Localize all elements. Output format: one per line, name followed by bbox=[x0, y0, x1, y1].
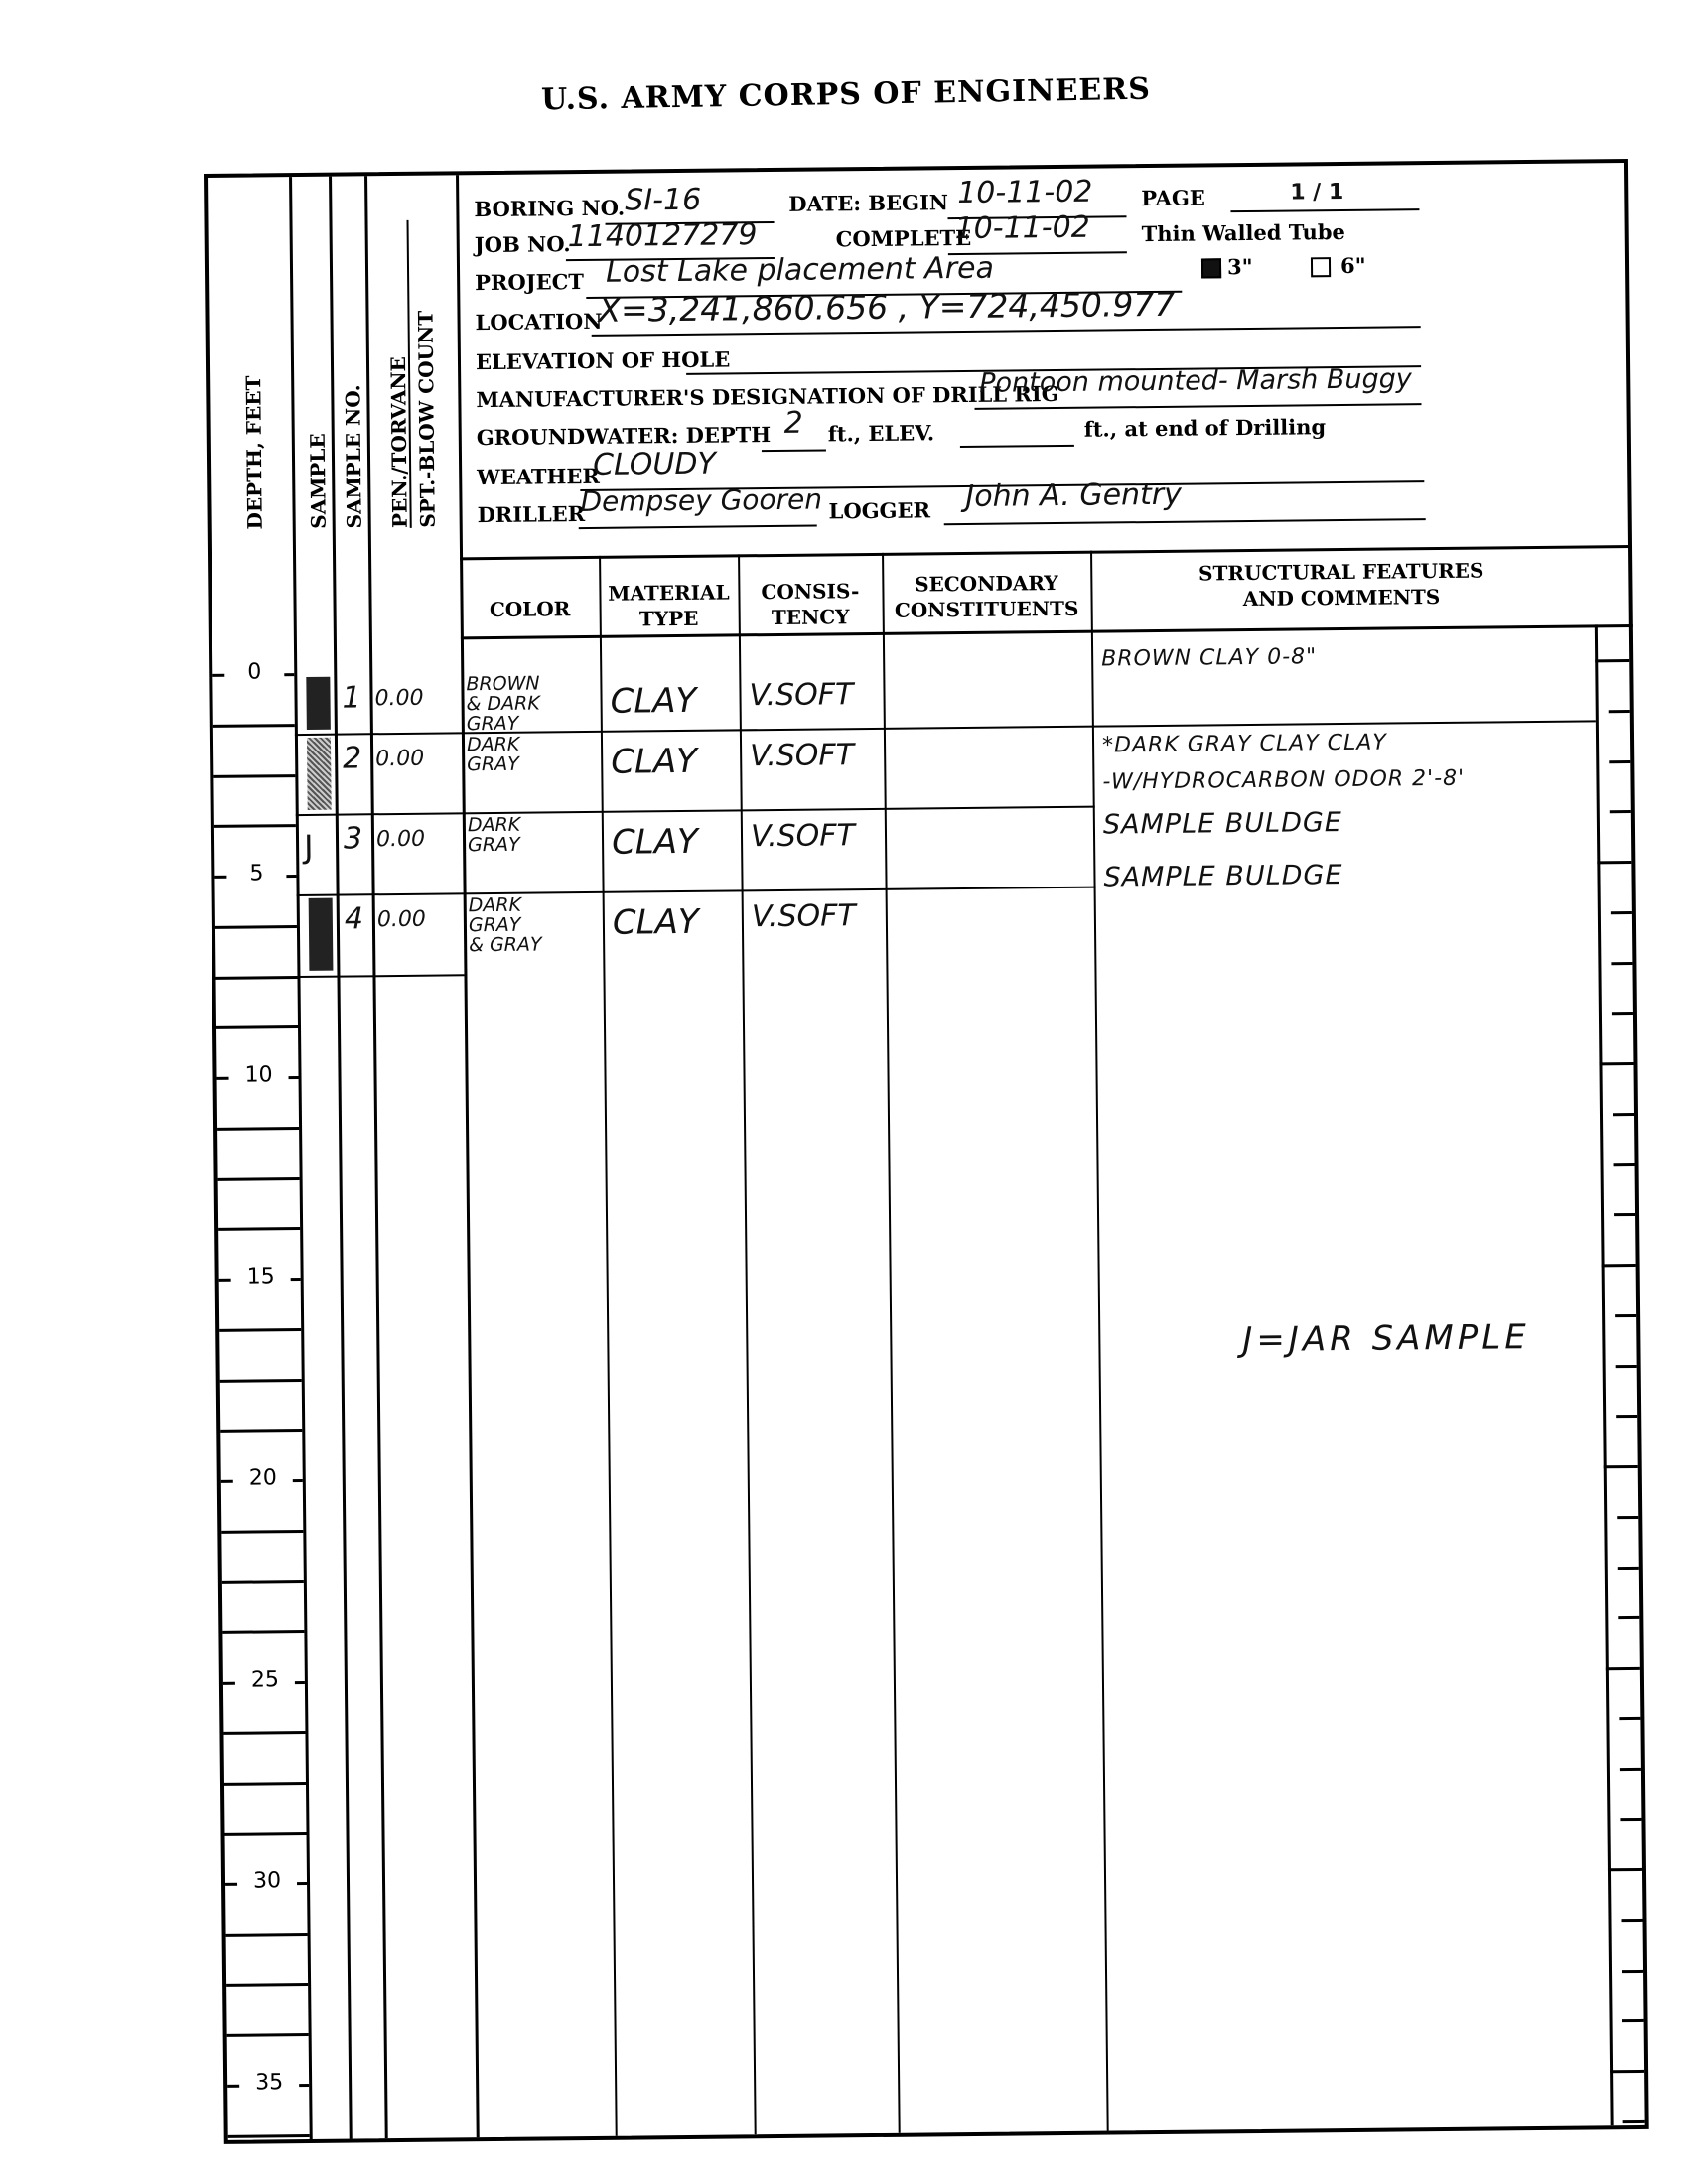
consistency-value: V.SOFT bbox=[752, 898, 856, 934]
job-no-field[interactable]: 1140127279 bbox=[568, 217, 758, 254]
structural-features-header: STRUCTURAL FEATURESAND COMMENTS bbox=[1090, 556, 1593, 613]
depth-grid-line bbox=[220, 1429, 302, 1433]
right-scale-tick bbox=[1611, 961, 1632, 964]
job-no-label: JOB NO. bbox=[475, 231, 571, 257]
ft-elev-label: ft., ELEV. bbox=[828, 420, 935, 446]
begin-label: BEGIN bbox=[868, 190, 948, 215]
depth-grid-line bbox=[213, 724, 295, 728]
boring-log-form: DEPTH, FEET SAMPLE SAMPLE NO. PEN./TORVA… bbox=[204, 159, 1649, 2144]
sample-row[interactable]: 10.00BROWN& DARKGRAYCLAYV.SOFT bbox=[208, 163, 1624, 178]
color-header: COLOR bbox=[460, 596, 599, 622]
depth-scale: 05101520253035 bbox=[208, 163, 1624, 178]
depth-label: 15 bbox=[231, 1264, 291, 1290]
sample-row-rule bbox=[295, 726, 1094, 736]
right-scale-tick bbox=[1611, 911, 1632, 914]
right-scale-tick bbox=[1620, 1767, 1641, 1770]
depth-grid-line bbox=[221, 1530, 303, 1534]
weather-field[interactable]: CLOUDY bbox=[593, 447, 716, 482]
comment-text: *DARK GRAY CLAY CLAY bbox=[1102, 731, 1387, 758]
pen-torvane-value: 0.00 bbox=[374, 686, 423, 712]
right-scale-tick bbox=[1616, 1364, 1637, 1367]
right-scale-tick bbox=[1618, 1616, 1639, 1619]
groundwater-label: GROUNDWATER: DEPTH bbox=[477, 422, 772, 450]
material-type-value: CLAY bbox=[611, 742, 697, 782]
material-type-header: MATERIALTYPE bbox=[599, 579, 739, 631]
sample-no-header: SAMPLE NO. bbox=[341, 384, 366, 528]
right-scale-tick bbox=[1614, 1213, 1635, 1216]
right-scale-tick bbox=[1623, 2120, 1645, 2123]
right-scale-tick bbox=[1612, 1012, 1633, 1015]
right-scale-tick bbox=[1616, 1415, 1637, 1418]
right-scale-tick bbox=[1604, 1465, 1638, 1468]
tube-6in-label: 6" bbox=[1340, 253, 1366, 278]
right-scale-tick bbox=[1620, 1818, 1641, 1821]
elevation-label: ELEVATION OF HOLE bbox=[476, 346, 731, 374]
driller-underline bbox=[579, 525, 817, 530]
depth-grid-line bbox=[219, 1328, 301, 1332]
depth-label: 25 bbox=[235, 1667, 295, 1693]
right-scale-tick bbox=[1614, 1162, 1635, 1165]
right-scale-tick bbox=[1608, 1868, 1642, 1871]
comment-text: BROWN CLAY 0-8" bbox=[1101, 644, 1317, 671]
depth-grid-line bbox=[222, 1630, 304, 1634]
depth-grid-line bbox=[220, 1379, 302, 1383]
sample-marker-icon bbox=[309, 898, 334, 971]
project-label: PROJECT bbox=[475, 269, 584, 295]
right-scale-tick bbox=[1609, 759, 1630, 762]
divider-material-consistency bbox=[738, 554, 757, 2134]
depth-grid-line bbox=[215, 925, 297, 929]
color-value: & DARK bbox=[466, 692, 539, 715]
sample-no: 3 bbox=[344, 821, 362, 856]
page-label: PAGE bbox=[1141, 185, 1205, 210]
sample-row[interactable]: 20.00DARKGRAYCLAYV.SOFT bbox=[208, 163, 1624, 178]
color-value: GRAY bbox=[467, 753, 519, 776]
right-scale-tick bbox=[1613, 1113, 1634, 1116]
comment-text: SAMPLE BULDGE bbox=[1103, 860, 1342, 893]
right-scale-tick bbox=[1606, 1667, 1640, 1670]
consistency-value: V.SOFT bbox=[751, 818, 855, 854]
right-scale-tick bbox=[1622, 2019, 1644, 2022]
driller-label: DRILLER bbox=[477, 501, 585, 527]
right-scale-tick bbox=[1610, 810, 1631, 813]
sample-header: SAMPLE bbox=[306, 433, 331, 529]
location-field[interactable]: X=3,241,860.656 , Y=724,450.977 bbox=[598, 285, 1175, 330]
page-field[interactable]: 1 / 1 bbox=[1290, 180, 1343, 205]
depth-grid-line bbox=[228, 2134, 310, 2138]
comment-row-rule bbox=[1092, 720, 1596, 727]
right-scale-tick bbox=[1617, 1516, 1638, 1519]
depth-grid-line bbox=[227, 2033, 309, 2037]
depth-grid-line bbox=[223, 1731, 305, 1735]
right-scale-tick bbox=[1621, 1919, 1642, 1922]
boring-no-field[interactable]: SI-16 bbox=[625, 183, 701, 218]
date-label: DATE: bbox=[788, 191, 861, 216]
right-scale-tick bbox=[1610, 2070, 1644, 2073]
sample-no: 4 bbox=[345, 902, 363, 937]
project-field[interactable]: Lost Lake placement Area bbox=[606, 251, 994, 290]
color-value: & GRAY bbox=[469, 934, 542, 957]
depth-label: 30 bbox=[237, 1868, 297, 1894]
logger-underline bbox=[944, 518, 1426, 525]
depth-grid-line bbox=[226, 1933, 308, 1937]
groundwater-depth-field[interactable]: 2 bbox=[783, 406, 802, 441]
sample-rows: 10.00BROWN& DARKGRAYCLAYV.SOFT20.00DARKG… bbox=[208, 163, 1624, 178]
thin-walled-tube-label: Thin Walled Tube bbox=[1142, 219, 1345, 246]
begin-date-field[interactable]: 10-11-02 bbox=[957, 175, 1093, 210]
form-title: U.S. ARMY CORPS OF ENGINEERS bbox=[0, 63, 1692, 127]
tube-6in-checkbox[interactable] bbox=[1311, 257, 1331, 277]
depth-grid-line bbox=[226, 1982, 308, 1986]
sample-marker-icon: J bbox=[304, 828, 314, 866]
divider-consistency-secondary bbox=[882, 553, 901, 2133]
comment-text: -W/HYDROCARBON ODOR 2'-8' bbox=[1102, 765, 1465, 794]
consistency-header: CONSIS-TENCY bbox=[738, 578, 883, 631]
depth-grid-line bbox=[217, 1127, 299, 1131]
depth-grid-line bbox=[222, 1580, 304, 1584]
sample-row-rule bbox=[297, 887, 1096, 896]
consistency-value: V.SOFT bbox=[750, 738, 854, 773]
depth-grid-line bbox=[225, 1832, 307, 1836]
depth-grid-line bbox=[218, 1177, 300, 1181]
sample-row[interactable]: 40.00DARKGRAY& GRAYCLAYV.SOFT bbox=[208, 163, 1624, 178]
depth-grid-line bbox=[213, 774, 295, 778]
tube-3in-label: 3" bbox=[1227, 254, 1253, 279]
depth-label: 20 bbox=[233, 1465, 293, 1491]
depth-grid-line bbox=[215, 976, 297, 980]
page-underline bbox=[1230, 208, 1419, 212]
material-type-value: CLAY bbox=[613, 902, 699, 943]
right-scale-tick bbox=[1599, 1062, 1633, 1065]
spt-blow-count-header: SPT.-BLOW COUNT bbox=[413, 311, 439, 528]
right-scale-tick bbox=[1618, 1566, 1639, 1569]
right-scale-tick bbox=[1609, 710, 1630, 713]
comment-text: SAMPLE BULDGE bbox=[1103, 807, 1342, 841]
depth-feet-header: DEPTH, FEET bbox=[241, 375, 267, 529]
drill-rig-field[interactable]: Pontoon mounted- Marsh Buggy bbox=[979, 363, 1412, 399]
complete-label: COMPLETE bbox=[836, 225, 972, 251]
structural-comments: BROWN CLAY 0-8"*DARK GRAY CLAY CLAY-W/HY… bbox=[208, 163, 1624, 178]
right-scale-tick bbox=[1595, 659, 1629, 662]
pen-torvane-value: 0.00 bbox=[377, 907, 426, 933]
right-scale-tick bbox=[1615, 1314, 1636, 1317]
right-scale-tick bbox=[1602, 1264, 1636, 1267]
depth-label: 0 bbox=[224, 659, 284, 685]
sample-no: 1 bbox=[342, 680, 360, 715]
material-type-value: CLAY bbox=[610, 681, 696, 722]
pen-torvane-value: 0.00 bbox=[376, 827, 425, 853]
depth-label: 5 bbox=[226, 861, 286, 887]
sample-row-rule bbox=[296, 806, 1095, 816]
end-of-drilling-label: ft., at end of Drilling bbox=[1084, 414, 1327, 442]
sample-row[interactable]: J30.00DARKGRAYCLAYV.SOFT bbox=[208, 163, 1624, 178]
driller-field[interactable]: Dempsey Gooren bbox=[580, 482, 822, 518]
gw-depth-underline bbox=[762, 449, 826, 452]
logger-field[interactable]: John A. Gentry bbox=[965, 478, 1182, 514]
boring-no-label: BORING NO. bbox=[474, 196, 625, 222]
right-scale-tick bbox=[1619, 1717, 1640, 1720]
pen-torvane-value: 0.00 bbox=[375, 747, 424, 772]
depth-label: 35 bbox=[239, 2070, 299, 2096]
sample-no: 2 bbox=[343, 741, 361, 775]
sample-marker-icon bbox=[306, 677, 331, 730]
consistency-value: V.SOFT bbox=[749, 677, 853, 713]
color-value: GRAY bbox=[468, 834, 520, 857]
material-type-value: CLAY bbox=[612, 822, 698, 863]
depth-grid-line bbox=[224, 1782, 306, 1786]
sample-marker-icon bbox=[307, 738, 332, 810]
right-scale-tick bbox=[1597, 861, 1631, 864]
right-scale-tick bbox=[1621, 1969, 1643, 1972]
gw-elev-underline bbox=[960, 445, 1074, 448]
divider-sampleno-pen bbox=[364, 176, 388, 2138]
depth-grid-line bbox=[216, 1025, 298, 1029]
depth-grid-line bbox=[218, 1227, 300, 1231]
secondary-constituents-header: SECONDARYCONSTITUENTS bbox=[882, 570, 1091, 623]
tube-3in-checkbox[interactable] bbox=[1201, 258, 1221, 278]
depth-grid-line bbox=[214, 824, 296, 828]
divider-color-material bbox=[599, 556, 618, 2136]
color-value: GRAY bbox=[467, 713, 519, 736]
depth-label: 10 bbox=[228, 1062, 288, 1088]
location-label: LOCATION bbox=[475, 309, 602, 335]
complete-date-field[interactable]: 10-11-02 bbox=[954, 210, 1090, 246]
sample-row-rule bbox=[297, 974, 464, 978]
drill-rig-label: MANUFACTURER'S DESIGNATION OF DRILL RIG bbox=[476, 381, 1059, 412]
comment-text: J=JAR SAMPLE bbox=[1242, 1317, 1530, 1360]
logger-label: LOGGER bbox=[828, 497, 930, 523]
divider-structural-ticks bbox=[1595, 624, 1614, 2125]
